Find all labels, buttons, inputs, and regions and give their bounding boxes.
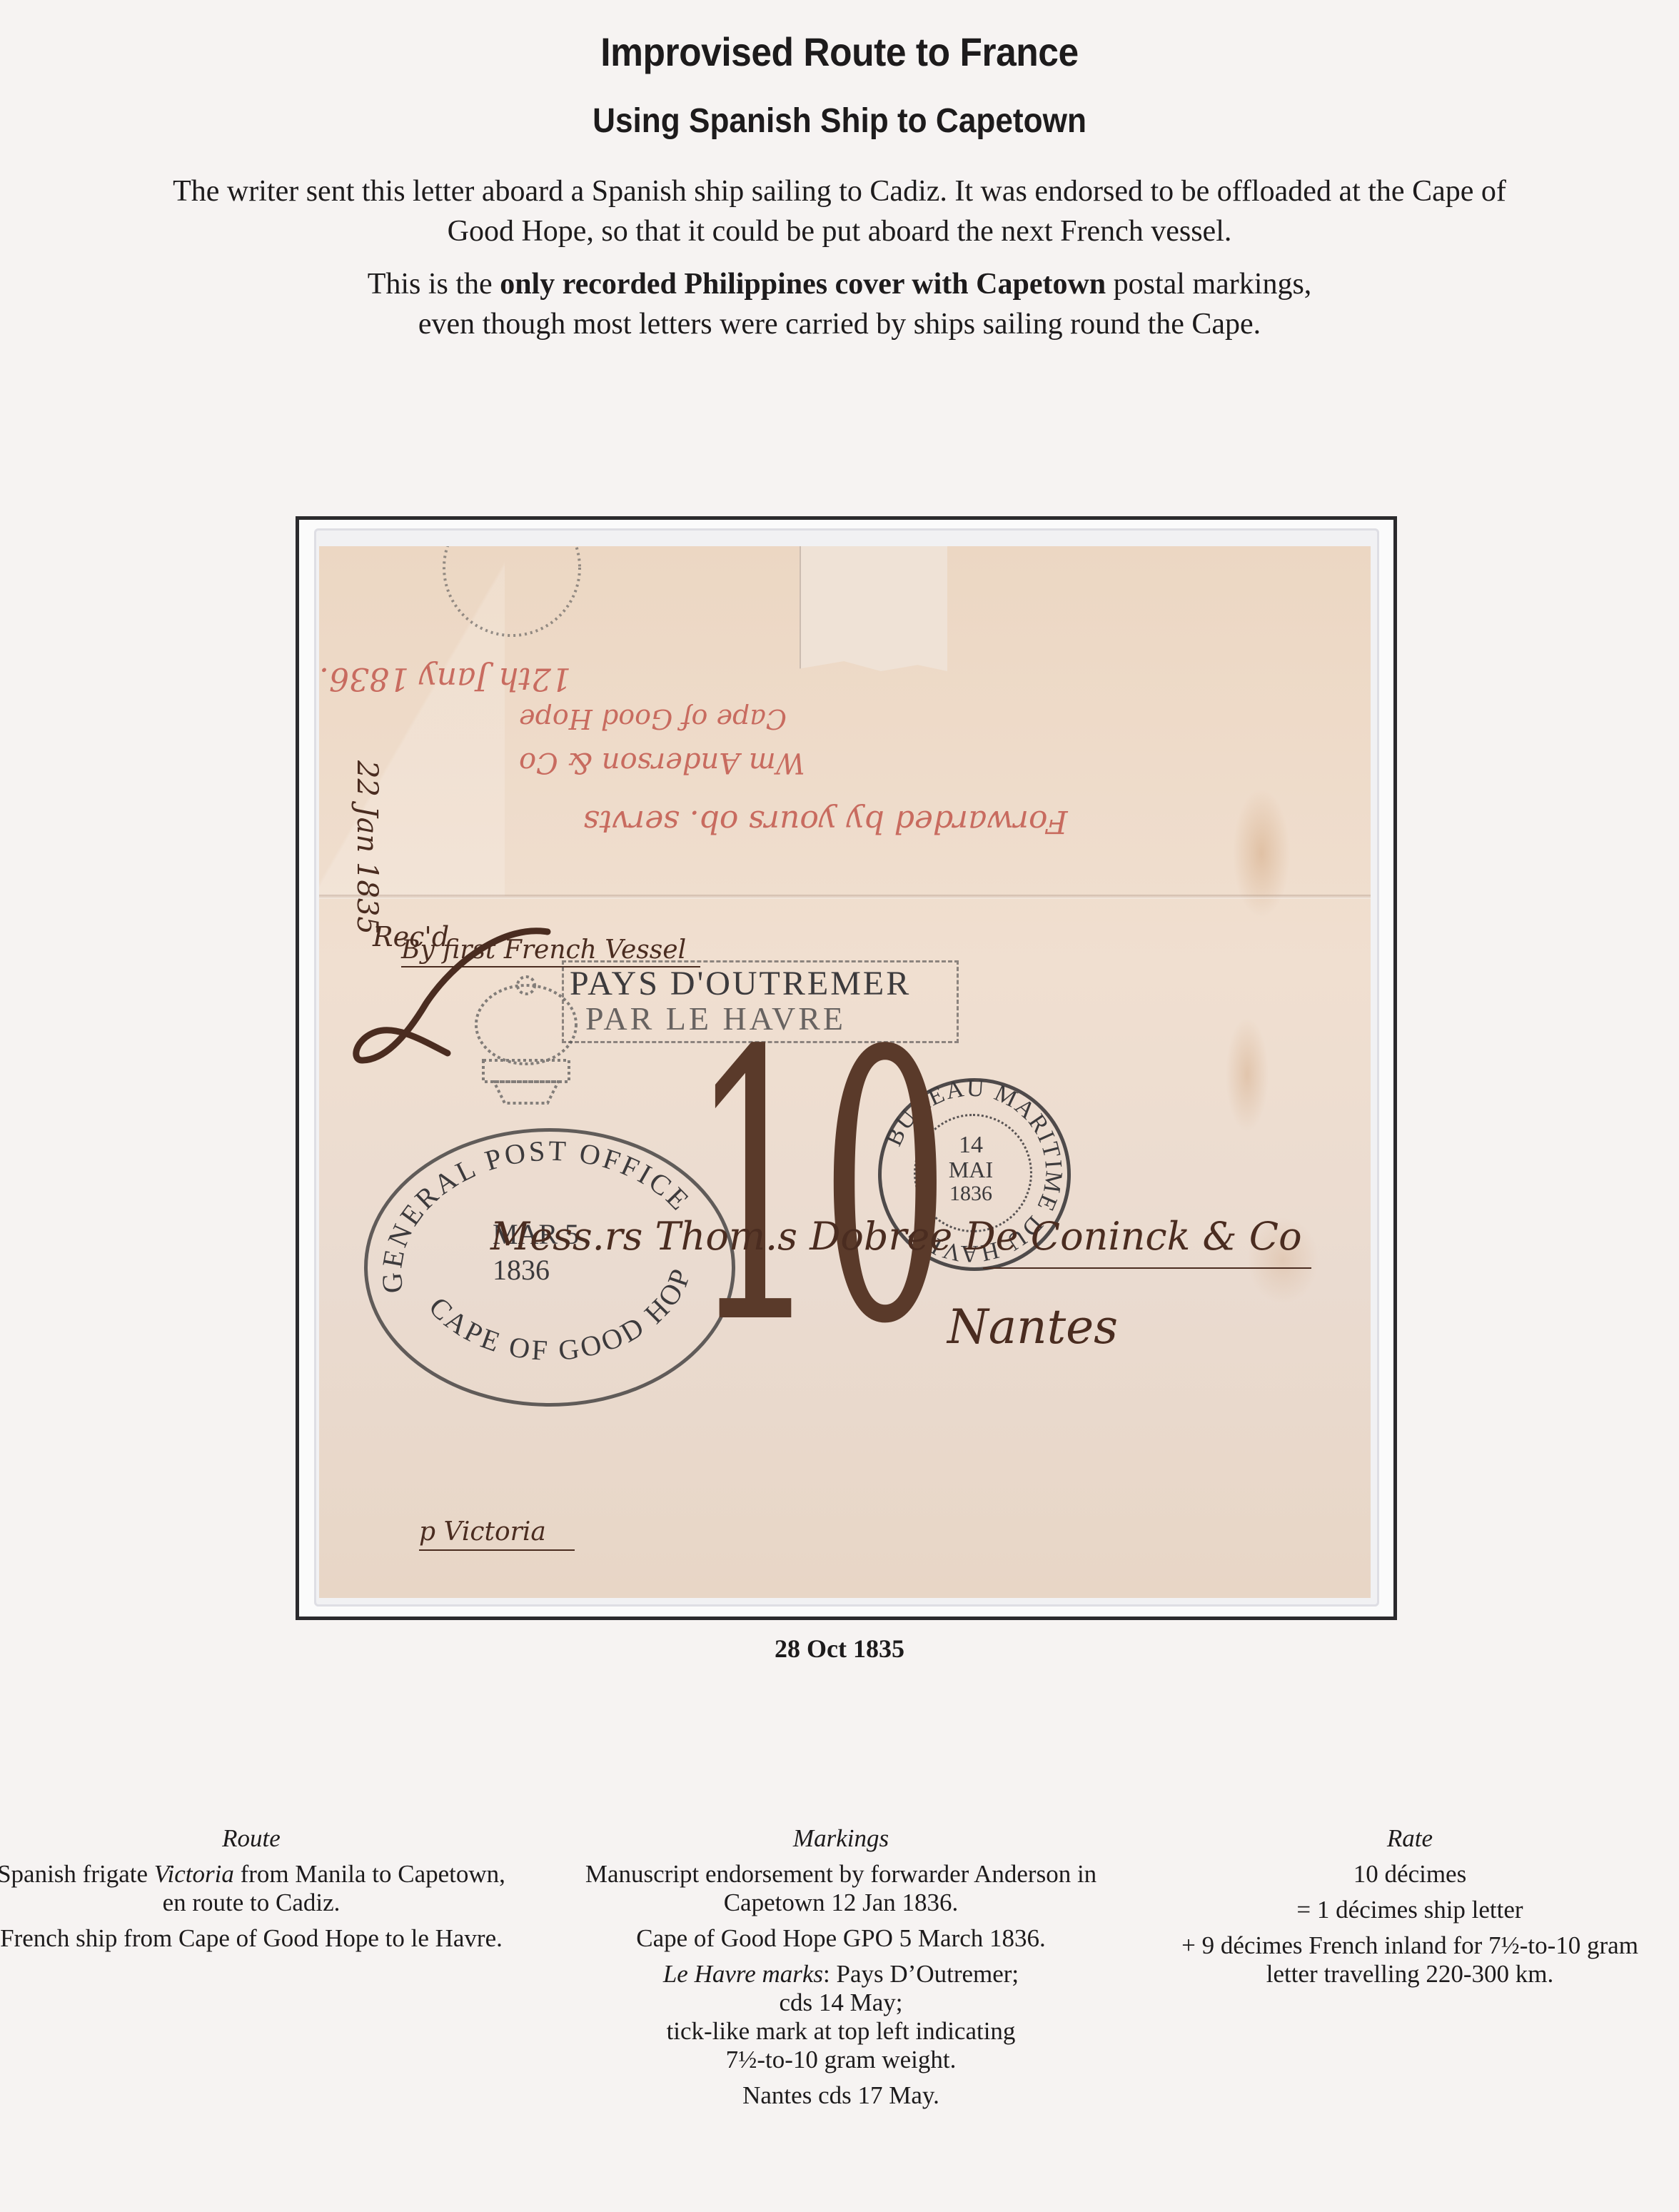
intro-line: Good Hope, so that it could be put aboar… — [29, 211, 1650, 251]
intro-text: This is the — [368, 268, 500, 301]
rate-column: Rate 10 décimes = 1 décimes ship letter … — [1153, 1824, 1667, 1996]
markings-text-4: Nantes cds 17 May. — [584, 2081, 1098, 2110]
route-heading: Route — [0, 1824, 508, 1853]
rate-marking-10: 10 — [690, 1003, 950, 1374]
markings-text-1: Manuscript endorsement by forwarder Ande… — [584, 1860, 1098, 1917]
markings-italic: Le Havre marks — [663, 1960, 823, 1988]
cover-date-caption: 28 Oct 1835 — [0, 1634, 1679, 1664]
markings-column: Markings Manuscript endorsement by forwa… — [584, 1824, 1098, 2117]
rate-heading: Rate — [1153, 1824, 1667, 1853]
markings-line: tick-like mark at top left indicating — [584, 2017, 1098, 2046]
address-line-1: Mess.rs Thom.s Dobree De Coninck & Co — [490, 1214, 1302, 1259]
ship-name-note: p Victoria — [419, 1517, 575, 1551]
intro-line: The writer sent this letter aboard a Spa… — [29, 171, 1650, 211]
forwarder-note-place: Cape of Good Hope — [519, 703, 787, 735]
torn-flap — [800, 546, 947, 671]
markings-text-2: Cape of Good Hope GPO 5 March 1836. — [584, 1924, 1098, 1953]
page-title: Improvised Route to France — [67, 29, 1612, 75]
crown-icon — [462, 975, 590, 1110]
intro-highlight: only recorded Philippines cover with Cap… — [500, 268, 1106, 301]
forwarder-note-date: 12th Jany 1836. — [319, 660, 576, 697]
cape-gpo-oval-stamp: GENERAL POST OFFICE CAPE OF GOOD HOPE MA… — [364, 1128, 735, 1407]
postal-cover-image: 12th Jany 1836. Cape of Good Hope Wm And… — [319, 546, 1371, 1598]
markings-text: : Pays D’Outremer; — [823, 1960, 1019, 1988]
forwarder-note-name: Wm Anderson & Co — [519, 746, 805, 779]
ship-name: Victoria — [154, 1860, 234, 1888]
markings-heading: Markings — [584, 1824, 1098, 1853]
markings-line: cds 14 May; — [584, 1989, 1098, 2017]
docket-note: 22 Jan 1835 — [351, 760, 383, 935]
route-text-2: French ship from Cape of Good Hope to le… — [0, 1924, 508, 1953]
rate-text-2: = 1 décimes ship letter — [1153, 1896, 1667, 1924]
route-text-1: Spanish frigate Victoria from Manila to … — [0, 1860, 508, 1917]
page-subtitle: Using Spanish Ship to Capetown — [67, 101, 1612, 141]
intro-paragraph-2: This is the only recorded Philippines co… — [29, 264, 1650, 344]
intro-line: even though most letters were carried by… — [29, 304, 1650, 344]
address-underline — [983, 1267, 1311, 1269]
intro-paragraph-1: The writer sent this letter aboard a Spa… — [29, 171, 1650, 251]
address-line-2: Nantes — [947, 1299, 1118, 1354]
intro-text: postal markings, — [1106, 268, 1311, 301]
route-text: Spanish frigate — [0, 1860, 154, 1888]
markings-text-3: Le Havre marks: Pays D’Outremer; — [584, 1960, 1098, 1989]
intro-line: This is the only recorded Philippines co… — [29, 264, 1650, 304]
rate-text-3: + 9 décimes French inland for 7½-to-10 g… — [1153, 1931, 1667, 1989]
rate-text-1: 10 décimes — [1153, 1860, 1667, 1889]
markings-line: 7½-to-10 gram weight. — [584, 2046, 1098, 2074]
horizontal-fold-line — [319, 895, 1371, 899]
forwarder-note-text: Forwarded by yours ob. servts — [583, 803, 1068, 840]
route-column: Route Spanish frigate Victoria from Mani… — [0, 1824, 508, 1960]
